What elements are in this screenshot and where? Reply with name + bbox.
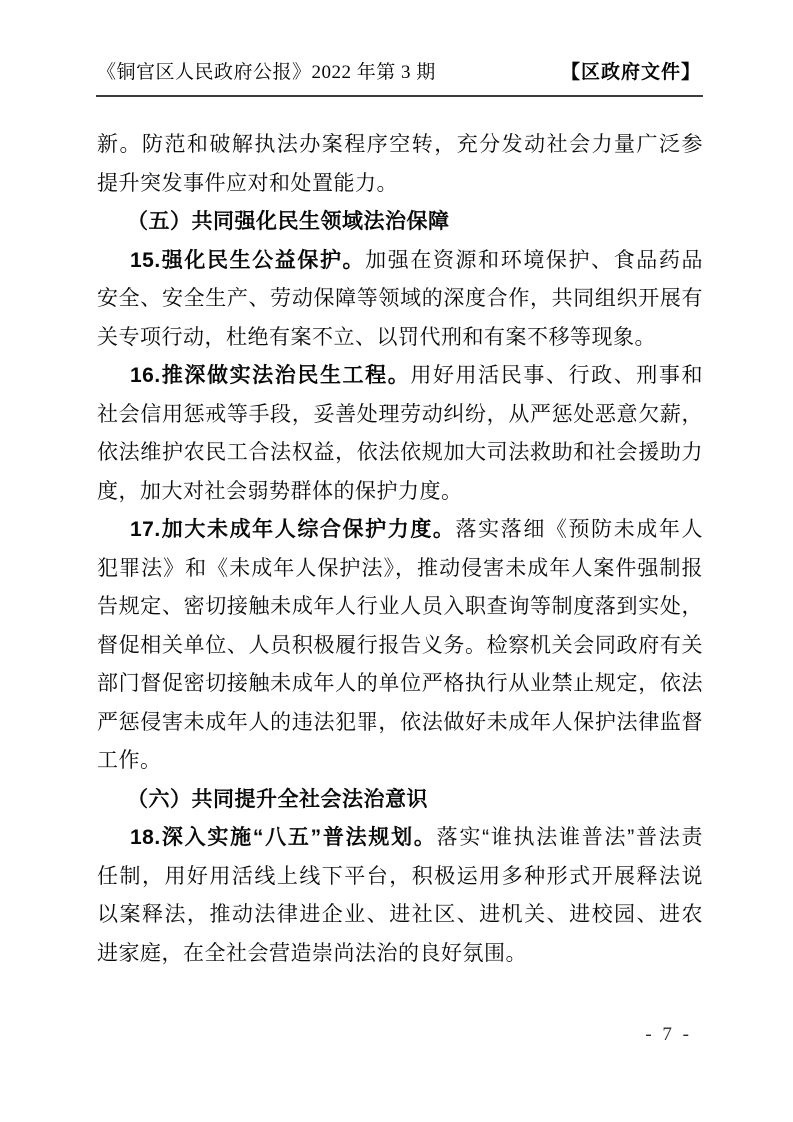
text-run: 落实“谁执法谁普法”普法责 [437, 826, 703, 849]
page-number: - 7 - [645, 1024, 692, 1046]
text-line: 任制，用好用活线上线下平台，积极运用多种形式开展释法说理、 [97, 858, 703, 897]
header-divider [96, 95, 703, 97]
paragraph: 17.加大未成年人综合保护力度。落实落细《预防未成年人犯罪法》和《未成年人保护法… [97, 511, 703, 781]
text-run: 新。防范和破解执法办案程序空转，充分发动社会力量广泛参与， [97, 133, 703, 165]
text-line: 15.强化民生公益保护。加强在资源和环境保护、食品药品 [97, 242, 703, 281]
bold-lead: （六）共同提升全社会法治意识 [127, 788, 428, 811]
text-line: 社会信用惩戒等手段，妥善处理劳动纠纷，从严惩处恶意欠薪， [97, 396, 703, 435]
text-line: 18.深入实施“八五”普法规划。落实“谁执法谁普法”普法责 [97, 819, 703, 858]
section-heading: （五）共同强化民生领域法治保障 [97, 203, 703, 242]
document-body: 新。防范和破解执法办案程序空转，充分发动社会力量广泛参与，提升突发事件应对和处置… [97, 126, 703, 973]
text-run: 以案释法，推动法律进企业、进社区、进机关、进校园、进农村、 [97, 903, 703, 935]
page-header: 《铜官区人民政府公报》2022 年第 3 期 【区政府文件】 [97, 57, 701, 84]
text-line: 犯罪法》和《未成年人保护法》，推动侵害未成年人案件强制报 [97, 550, 703, 589]
text-run: 依法维护农民工合法权益，依法依规加大司法救助和社会援助力 [97, 441, 703, 464]
bold-lead: 15.强化民生公益保护。 [130, 249, 365, 272]
text-line: 进家庭，在全社会营造崇尚法治的良好氛围。 [97, 935, 703, 974]
text-run: 告规定、密切接触未成年人行业人员入职查询等制度落到实处， [97, 595, 703, 618]
gazette-title: 《铜官区人民政府公报》2022 年第 3 期 [97, 57, 436, 84]
text-run: 加强在资源和环境保护、食品药品 [365, 249, 703, 272]
text-run: 度，加大对社会弱势群体的保护力度。 [97, 480, 463, 503]
text-line: 16.推深做实法治民生工程。用好用活民事、行政、刑事和 [97, 357, 703, 396]
paragraph: 15.强化民生公益保护。加强在资源和环境保护、食品药品安全、安全生产、劳动保障等… [97, 242, 703, 358]
text-line: （五）共同强化民生领域法治保障 [97, 203, 703, 242]
paragraph: 新。防范和破解执法办案程序空转，充分发动社会力量广泛参与，提升突发事件应对和处置… [97, 126, 703, 203]
text-run: 工作。 [97, 749, 162, 772]
text-run: 落实落细《预防未成年人 [456, 518, 703, 541]
text-line: 新。防范和破解执法办案程序空转，充分发动社会力量广泛参与， [97, 126, 703, 165]
text-run: 用好用活民事、行政、刑事和 [410, 364, 703, 387]
paragraph: 18.深入实施“八五”普法规划。落实“谁执法谁普法”普法责任制，用好用活线上线下… [97, 819, 703, 973]
text-line: 度，加大对社会弱势群体的保护力度。 [97, 473, 703, 512]
text-line: 督促相关单位、人员积极履行报告义务。检察机关会同政府有关 [97, 627, 703, 666]
text-line: 依法维护农民工合法权益，依法依规加大司法救助和社会援助力 [97, 434, 703, 473]
text-run: 严惩侵害未成年人的违法犯罪，依法做好未成年人保护法律监督 [97, 711, 703, 734]
text-run: 任制，用好用活线上线下平台，积极运用多种形式开展释法说理、 [97, 865, 703, 897]
bold-lead: （五）共同强化民生领域法治保障 [127, 210, 450, 233]
text-line: （六）共同提升全社会法治意识 [97, 781, 703, 820]
bold-lead: 18.深入实施“八五”普法规划。 [130, 826, 437, 849]
text-run: 关专项行动，杜绝有案不立、以罚代刑和有案不移等现象。 [97, 326, 656, 349]
text-line: 部门督促密切接触未成年人的单位严格执行从业禁止规定，依法 [97, 665, 703, 704]
text-line: 17.加大未成年人综合保护力度。落实落细《预防未成年人 [97, 511, 703, 550]
bold-lead: 17.加大未成年人综合保护力度。 [130, 518, 456, 541]
text-line: 告规定、密切接触未成年人行业人员入职查询等制度落到实处， [97, 588, 703, 627]
text-run: 提升突发事件应对和处置能力。 [97, 172, 398, 195]
text-run: 社会信用惩戒等手段，妥善处理劳动纠纷，从严惩处恶意欠薪， [97, 403, 703, 426]
text-line: 以案释法，推动法律进企业、进社区、进机关、进校园、进农村、 [97, 896, 703, 935]
section-heading: （六）共同提升全社会法治意识 [97, 781, 703, 820]
text-run: 安全、安全生产、劳动保障等领域的深度合作，共同组织开展有 [97, 287, 703, 310]
section-tag: 【区政府文件】 [561, 57, 701, 84]
document-page: 《铜官区人民政府公报》2022 年第 3 期 【区政府文件】 新。防范和破解执法… [0, 0, 793, 1122]
text-line: 工作。 [97, 742, 703, 781]
bold-lead: 16.推深做实法治民生工程。 [130, 364, 410, 387]
text-run: 督促相关单位、人员积极履行报告义务。检察机关会同政府有关 [97, 634, 703, 657]
text-line: 安全、安全生产、劳动保障等领域的深度合作，共同组织开展有 [97, 280, 703, 319]
text-run: 犯罪法》和《未成年人保护法》，推动侵害未成年人案件强制报 [97, 557, 703, 580]
text-run: 部门督促密切接触未成年人的单位严格执行从业禁止规定，依法 [97, 672, 703, 695]
text-run: 进家庭，在全社会营造崇尚法治的良好氛围。 [97, 942, 527, 965]
paragraph: 16.推深做实法治民生工程。用好用活民事、行政、刑事和社会信用惩戒等手段，妥善处… [97, 357, 703, 511]
text-line: 严惩侵害未成年人的违法犯罪，依法做好未成年人保护法律监督 [97, 704, 703, 743]
text-line: 提升突发事件应对和处置能力。 [97, 165, 703, 204]
text-line: 关专项行动，杜绝有案不立、以罚代刑和有案不移等现象。 [97, 319, 703, 358]
